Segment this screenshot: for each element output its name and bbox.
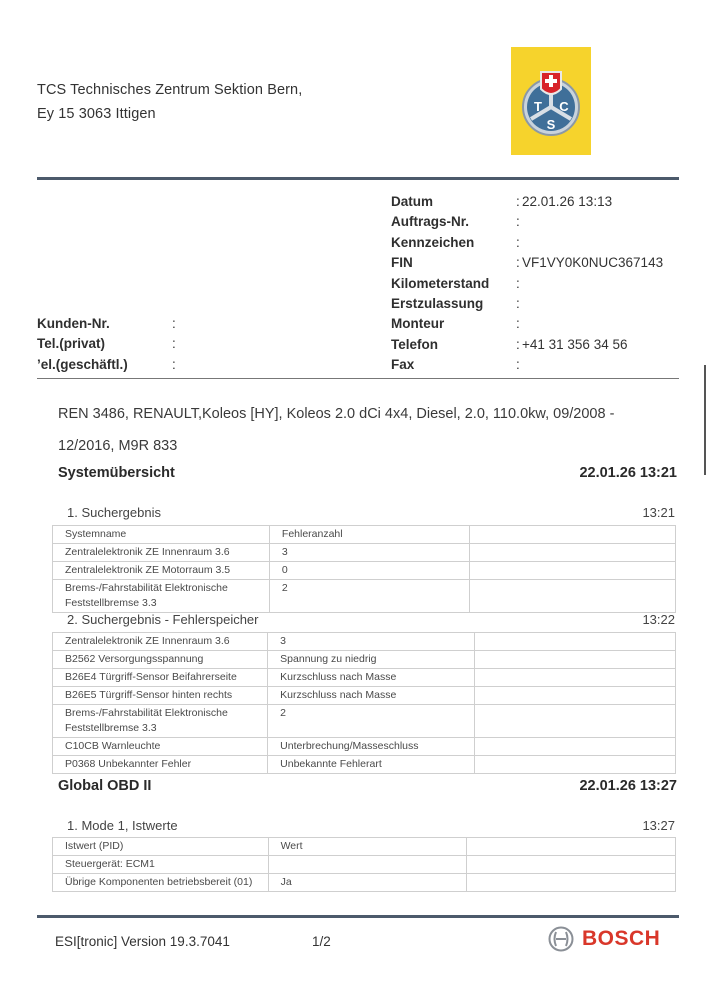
address-line-2: Ey 15 3063 Ittigen (37, 102, 302, 126)
bosch-wordmark: BOSCH (582, 927, 660, 951)
subsection-time: 13:22 (642, 612, 675, 627)
table-row: Zentralelektronik ZE Innenraum 3.63 (53, 544, 676, 562)
order-info-label: FIN (391, 255, 413, 270)
order-info-label: Fax (391, 357, 414, 372)
order-info-label: Kilometerstand (391, 276, 489, 291)
order-info-label: Auftrags-Nr. (391, 214, 469, 229)
table-cell: Unbekannte Fehlerart (268, 756, 475, 774)
table-cell: Steuergerät: ECM1 (53, 856, 269, 874)
customer-info-label: Tel.(privat) (37, 336, 105, 351)
order-info-label: Kennzeichen (391, 235, 474, 250)
table-cell (474, 756, 675, 774)
table-cell (466, 874, 676, 892)
table-cell: Systemname (53, 526, 270, 544)
table-cell: Kurzschluss nach Masse (268, 669, 475, 687)
vehicle-line-2: 12/2016, M9R 833 (58, 430, 688, 462)
tcs-emblem-icon: T C S (511, 47, 591, 155)
table-cell: Zentralelektronik ZE Innenraum 3.6 (53, 544, 270, 562)
table-cell (469, 562, 675, 580)
svg-text:S: S (547, 117, 556, 132)
table-row: B26E4 Türgriff-Sensor BeifahrerseiteKurz… (53, 669, 676, 687)
vehicle-line-1: REN 3486, RENAULT,Koleos [HY], Koleos 2.… (58, 398, 688, 430)
section-title: Global OBD II (58, 778, 151, 794)
customer-info-label: ’el.(geschäftl.) (37, 357, 128, 372)
table-row: Brems-/Fahrstabilität Elektronische Fest… (53, 580, 676, 613)
table-row: Steuergerät: ECM1 (53, 856, 676, 874)
table-cell: 0 (269, 562, 469, 580)
table-cell: Übrige Komponenten betriebsbereit (01) (53, 874, 269, 892)
table-row: Zentralelektronik ZE Innenraum 3.63 (53, 633, 676, 651)
result-table: SystemnameFehleranzahlZentralelektronik … (52, 525, 676, 613)
subsection-time: 13:27 (642, 818, 675, 833)
section-title: Systemübersicht (58, 465, 175, 481)
order-info-value: +41 31 356 34 56 (522, 337, 627, 352)
table-cell: 2 (268, 705, 475, 738)
order-info-colon: : (516, 316, 520, 331)
order-info-colon: : (516, 194, 520, 209)
subsection-time: 13:21 (642, 505, 675, 520)
table-cell: B26E4 Türgriff-Sensor Beifahrerseite (53, 669, 268, 687)
table-row: Brems-/Fahrstabilität Elektronische Fest… (53, 705, 676, 738)
table-cell: Istwert (PID) (53, 838, 269, 856)
table-cell: 3 (268, 633, 475, 651)
svg-text:T: T (534, 99, 542, 114)
header-divider (37, 177, 679, 180)
table-cell: C10CB Warnleuchte (53, 738, 268, 756)
table-cell: P0368 Unbekannter Fehler (53, 756, 268, 774)
table-cell: Zentralelektronik ZE Innenraum 3.6 (53, 633, 268, 651)
page-number: 1/2 (312, 934, 331, 949)
order-info-value: VF1VY0K0NUC367143 (522, 255, 663, 270)
svg-text:C: C (559, 99, 569, 114)
subsection-title: 1. Mode 1, Istwerte (67, 818, 178, 833)
subsection-title: 1. Suchergebnis (67, 505, 161, 520)
order-info-colon: : (516, 296, 520, 311)
order-info-colon: : (516, 255, 520, 270)
order-info-label: Monteur (391, 316, 444, 331)
bosch-armature-icon (548, 926, 574, 952)
bosch-logo: BOSCH (548, 926, 660, 952)
customer-info-colon: : (172, 316, 176, 331)
table-cell (469, 580, 675, 613)
table-cell (469, 526, 675, 544)
order-info-colon: : (516, 214, 520, 229)
footer-divider (37, 915, 679, 918)
table-row: B2562 VersorgungsspannungSpannung zu nie… (53, 651, 676, 669)
order-info-colon: : (516, 276, 520, 291)
table-cell: Brems-/Fahrstabilität Elektronische Fest… (53, 580, 270, 613)
table-row: Istwert (PID)Wert (53, 838, 676, 856)
order-info-colon: : (516, 235, 520, 250)
order-info-colon: : (516, 357, 520, 372)
table-cell: Spannung zu niedrig (268, 651, 475, 669)
section-date: 22.01.26 13:27 (579, 778, 677, 794)
order-info-value: 22.01.26 13:13 (522, 194, 612, 209)
table-cell: Zentralelektronik ZE Motorraum 3.5 (53, 562, 270, 580)
table-row: Übrige Komponenten betriebsbereit (01)Ja (53, 874, 676, 892)
table-cell (466, 838, 676, 856)
tcs-logo: T C S (511, 47, 591, 155)
table-cell (474, 705, 675, 738)
customer-info-colon: : (172, 336, 176, 351)
section-date: 22.01.26 13:21 (579, 465, 677, 481)
table-cell: B26E5 Türgriff-Sensor hinten rechts (53, 687, 268, 705)
table-cell (466, 856, 676, 874)
table-cell (474, 687, 675, 705)
table-row: B26E5 Türgriff-Sensor hinten rechtsKurzs… (53, 687, 676, 705)
result-table: Istwert (PID)WertSteuergerät: ECM1Übrige… (52, 837, 676, 892)
table-cell (474, 738, 675, 756)
table-cell: Ja (268, 874, 466, 892)
order-info-colon: : (516, 337, 520, 352)
table-cell (268, 856, 466, 874)
table-row: P0368 Unbekannter FehlerUnbekannte Fehle… (53, 756, 676, 774)
table-row: Zentralelektronik ZE Motorraum 3.50 (53, 562, 676, 580)
table-cell: Kurzschluss nach Masse (268, 687, 475, 705)
table-cell (474, 669, 675, 687)
table-cell: Brems-/Fahrstabilität Elektronische Fest… (53, 705, 268, 738)
order-info-label: Erstzulassung (391, 296, 483, 311)
table-cell: B2562 Versorgungsspannung (53, 651, 268, 669)
workshop-address: TCS Technisches Zentrum Sektion Bern, Ey… (37, 78, 302, 126)
table-cell: 3 (269, 544, 469, 562)
table-row: SystemnameFehleranzahl (53, 526, 676, 544)
info-divider (37, 378, 679, 379)
order-info-label: Datum (391, 194, 433, 209)
address-line-1: TCS Technisches Zentrum Sektion Bern, (37, 78, 302, 102)
table-cell: Fehleranzahl (269, 526, 469, 544)
subsection-title: 2. Suchergebnis - Fehlerspeicher (67, 612, 259, 627)
table-cell (469, 544, 675, 562)
vehicle-description: REN 3486, RENAULT,Koleos [HY], Koleos 2.… (58, 398, 688, 462)
result-table: Zentralelektronik ZE Innenraum 3.63B2562… (52, 632, 676, 774)
table-cell (474, 633, 675, 651)
scrollbar[interactable] (704, 365, 706, 475)
customer-info-colon: : (172, 357, 176, 372)
table-cell: Unterbrechung/Masseschluss (268, 738, 475, 756)
customer-info-label: Kunden-Nr. (37, 316, 110, 331)
table-cell: Wert (268, 838, 466, 856)
table-row: C10CB WarnleuchteUnterbrechung/Masseschl… (53, 738, 676, 756)
software-version: ESI[tronic] Version 19.3.7041 (55, 934, 230, 949)
table-cell (474, 651, 675, 669)
order-info-label: Telefon (391, 337, 438, 352)
table-cell: 2 (269, 580, 469, 613)
